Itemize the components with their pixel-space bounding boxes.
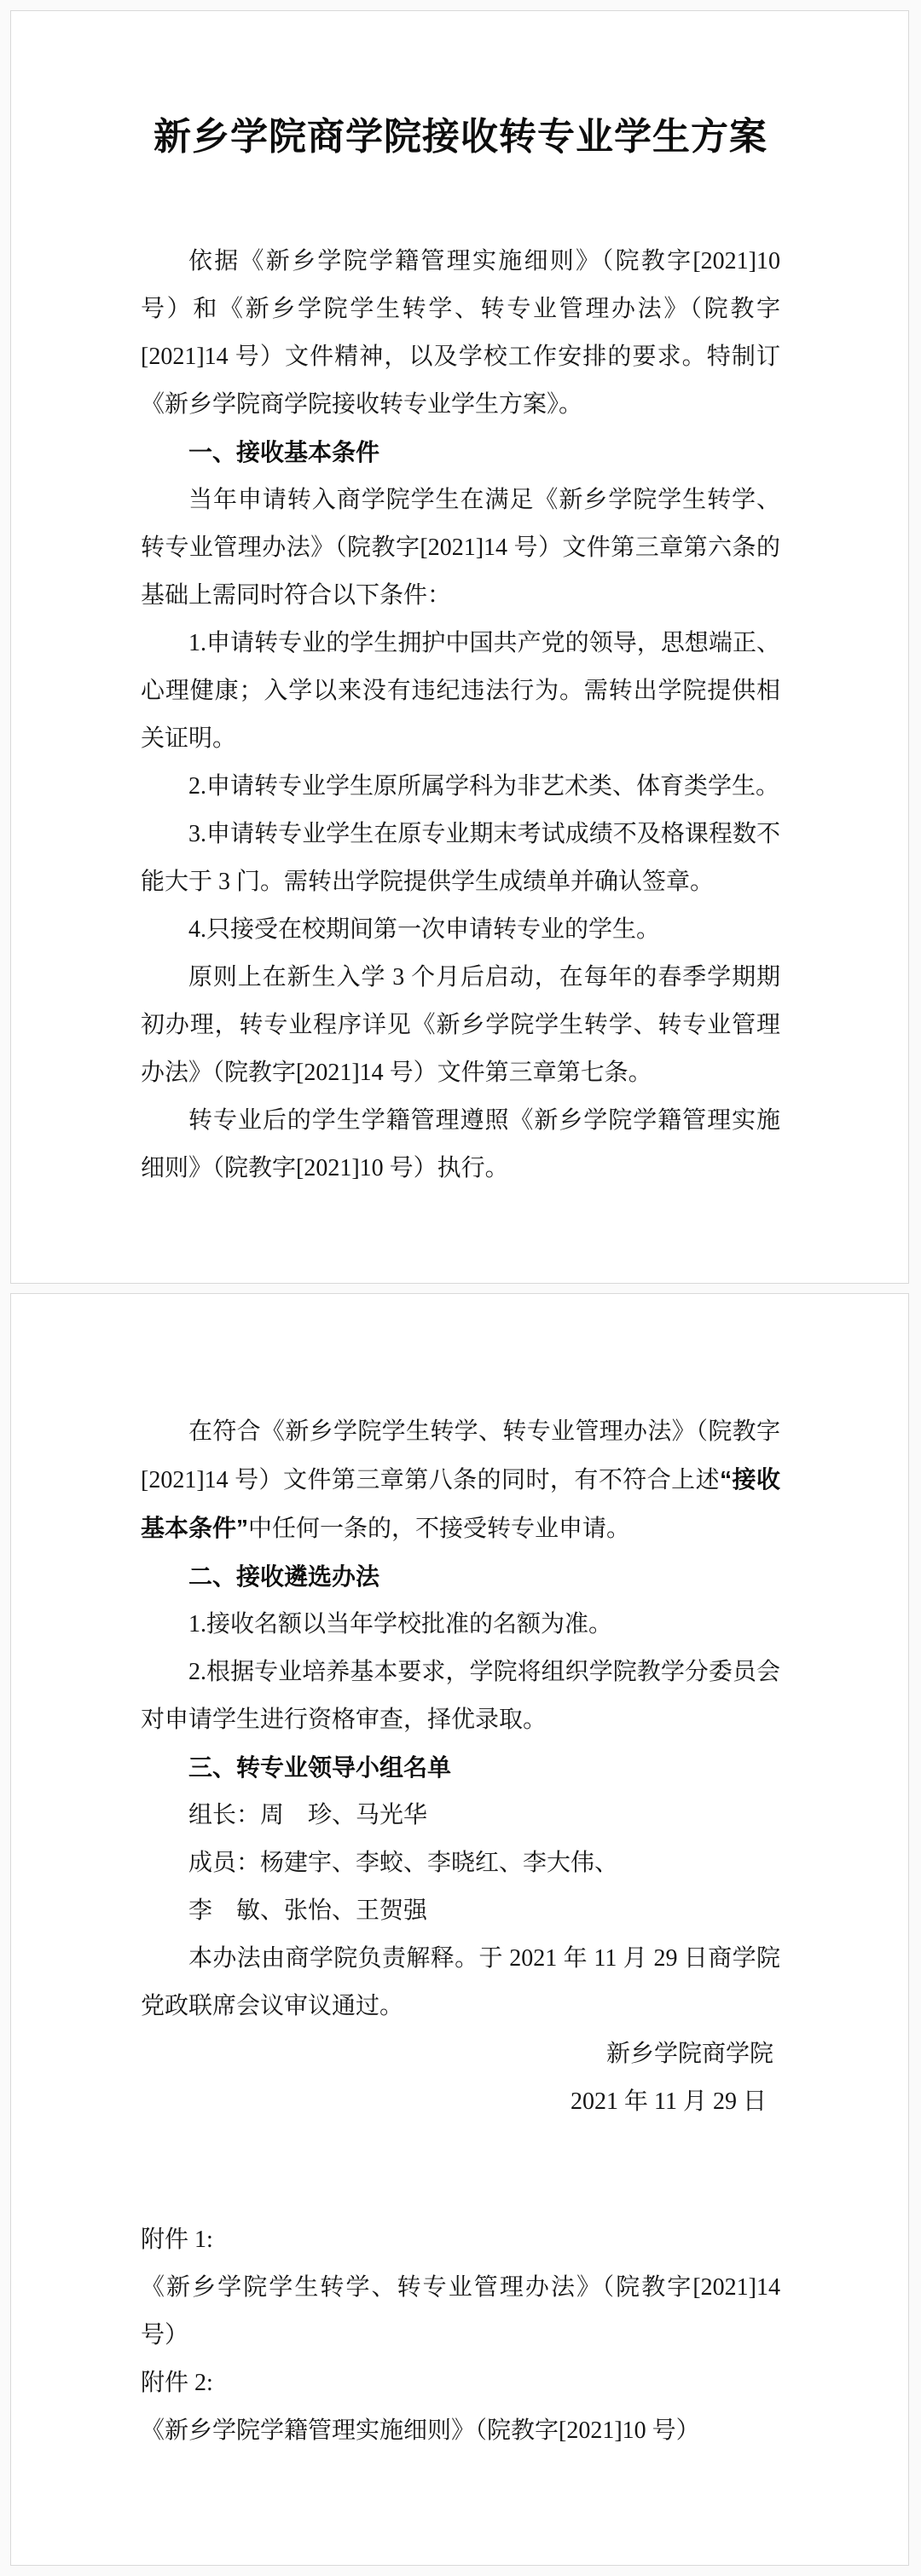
attachment-1-text: 《新乡学院学生转学、转专业管理办法》（院教字[2021]14 号） — [141, 2264, 780, 2359]
document-page-1: 新乡学院商学院接收转专业学生方案 依据《新乡学院学籍管理实施细则》（院教字[20… — [10, 10, 909, 1284]
condition-item-3: 3.申请转专业学生在原专业期末考试成绩不及格课程数不能大于 3 门。需转出学院提… — [141, 811, 780, 906]
paragraph-closing: 本办法由商学院负责解释。于 2021 年 11 月 29 日商学院党政联席会议审… — [141, 1935, 780, 2030]
selection-item-1: 1.接收名额以当年学校批准的名额为准。 — [141, 1601, 780, 1649]
paragraph-registry: 转专业后的学生学籍管理遵照《新乡学院学籍管理实施细则》（院教字[2021]10 … — [141, 1097, 780, 1193]
page-1-content: 新乡学院商学院接收转专业学生方案 依据《新乡学院学籍管理实施细则》（院教字[20… — [11, 112, 908, 1193]
member-group-line-2: 李 敏、张怡、王贺强 — [141, 1887, 780, 1935]
exclusion-text-pre: 在符合《新乡学院学生转学、转专业管理办法》（院教字[2021]14 号）文件第三… — [141, 1418, 780, 1493]
member-group-line-1: 成员：杨建宇、李蛟、李晓红、李大伟、 — [141, 1840, 780, 1887]
signature-date: 2021 年 11 月 29 日 — [141, 2078, 780, 2126]
condition-item-1: 1.申请转专业的学生拥护中国共产党的领导，思想端正、心理健康；入学以来没有违纪违… — [141, 620, 780, 763]
exclusion-text-post: 中任何一条的，不接受转专业申请。 — [248, 1516, 630, 1542]
signature-organization: 新乡学院商学院 — [141, 2030, 780, 2078]
page-2-content: 在符合《新乡学院学生转学、转专业管理办法》（院教字[2021]14 号）文件第三… — [11, 1408, 908, 2455]
attachment-2-text: 《新乡学院学籍管理实施细则》（院教字[2021]10 号） — [141, 2407, 780, 2455]
condition-item-4: 4.只接受在校期间第一次申请转专业的学生。 — [141, 906, 780, 954]
attachment-2-label: 附件 2: — [141, 2359, 780, 2407]
paragraph-exclusion: 在符合《新乡学院学生转学、转专业管理办法》（院教字[2021]14 号）文件第三… — [141, 1408, 780, 1553]
selection-item-2: 2.根据专业培养基本要求，学院将组织学院教学分委员会对申请学生进行资格审查，择优… — [141, 1649, 780, 1744]
paragraph-basis: 依据《新乡学院学籍管理实施细则》（院教字[2021]10 号）和《新乡学院学生转… — [141, 238, 780, 429]
condition-item-2: 2.申请转专业学生原所属学科为非艺术类、体育类学生。 — [141, 763, 780, 811]
section-heading-3: 三、转专业领导小组名单 — [141, 1744, 780, 1792]
page-1-body: 依据《新乡学院学籍管理实施细则》（院教字[2021]10 号）和《新乡学院学生转… — [141, 238, 780, 1193]
section-heading-2: 二、接收遴选办法 — [141, 1553, 780, 1601]
paragraph-condition-intro: 当年申请转入商学院学生在满足《新乡学院学生转学、转专业管理办法》（院教字[202… — [141, 477, 780, 620]
document-viewer: { "document": { "title": "新乡学院商学院接收转专业学生… — [0, 0, 921, 2576]
attachment-1-label: 附件 1: — [141, 2216, 780, 2264]
attachments-block: 附件 1: 《新乡学院学生转学、转专业管理办法》（院教字[2021]14 号） … — [141, 2216, 780, 2455]
page-2-body: 在符合《新乡学院学生转学、转专业管理办法》（院教字[2021]14 号）文件第三… — [141, 1408, 780, 2455]
document-page-2: 在符合《新乡学院学生转学、转专业管理办法》（院教字[2021]14 号）文件第三… — [10, 1293, 909, 2566]
leader-group-line: 组长：周 珍、马光华 — [141, 1792, 780, 1840]
paragraph-schedule: 原则上在新生入学 3 个月后启动，在每年的春季学期期初办理，转专业程序详见《新乡… — [141, 954, 780, 1097]
section-heading-1: 一、接收基本条件 — [141, 429, 780, 477]
document-title: 新乡学院商学院接收转专业学生方案 — [141, 112, 780, 163]
